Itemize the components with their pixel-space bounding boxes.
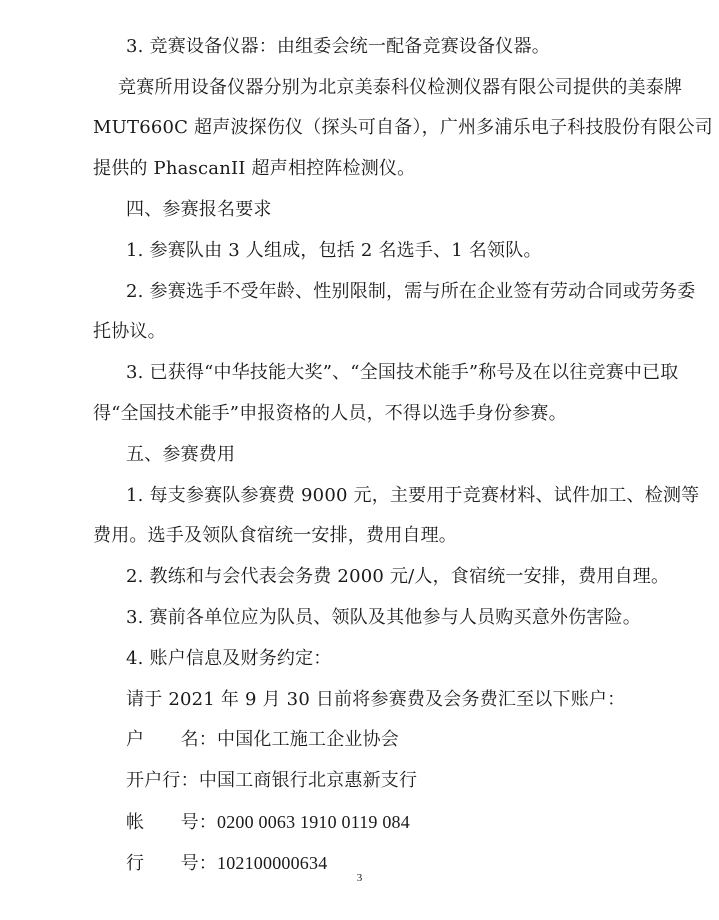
fees-item-2: 2. 教练和与会代表会务费 2000 元/人，食宿统一安排，费用自理。 bbox=[126, 566, 669, 588]
section-heading-registration: 四、参赛报名要求 bbox=[126, 199, 272, 221]
registration-item-1: 1. 参赛队由 3 人组成，包括 2 名选手、1 名领队。 bbox=[126, 240, 542, 262]
page-number: 3 bbox=[0, 872, 719, 884]
account-number-value: 0200 0063 1910 0119 084 bbox=[217, 812, 410, 832]
payment-deadline: 请于 2021 年 9 月 30 日前将参赛费及会务费汇至以下账户： bbox=[126, 689, 625, 711]
equipment-paragraph-line-1: 竞赛所用设备仪器分别为北京美泰科仪检测仪器有限公司提供的美泰牌 bbox=[118, 77, 682, 99]
bank-row: 开户行：中国工商银行北京惠新支行 bbox=[126, 770, 417, 792]
bank-number-label: 行 号： bbox=[126, 853, 217, 874]
account-name-row: 户 名：中国化工施工企业协会 bbox=[126, 729, 399, 751]
document-page: 3. 竞赛设备仪器：由组委会统一配备竞赛设备仪器。 竞赛所用设备仪器分别为北京美… bbox=[0, 0, 719, 920]
account-number-label: 帐 号： bbox=[126, 812, 217, 833]
bank-label: 开户行： bbox=[126, 770, 199, 791]
equipment-paragraph-line-2: MUT660C 超声波探伤仪（探头可自备），广州多浦乐电子科技股份有限公司 bbox=[93, 117, 713, 139]
registration-item-2-line-1: 2. 参赛选手不受年龄、性别限制，需与所在企业签有劳动合同或劳务委 bbox=[126, 281, 696, 303]
account-number-row: 帐 号：0200 0063 1910 0119 084 bbox=[126, 811, 410, 834]
fees-item-3: 3. 赛前各单位应为队员、领队及其他参与人员购买意外伤害险。 bbox=[126, 607, 641, 629]
equipment-paragraph-line-3: 提供的 PhascanII 超声相控阵检测仪。 bbox=[93, 158, 415, 180]
fees-item-4: 4. 账户信息及财务约定： bbox=[126, 648, 332, 670]
account-name-label: 户 名： bbox=[126, 729, 217, 750]
equipment-item-3: 3. 竞赛设备仪器：由组委会统一配备竞赛设备仪器。 bbox=[126, 36, 550, 58]
registration-item-3-line-1: 3. 已获得“中华技能大奖”、“全国技术能手”称号及在以往竞赛中已取 bbox=[126, 362, 679, 384]
section-heading-fees: 五、参赛费用 bbox=[126, 444, 235, 466]
registration-item-3-line-2: 得“全国技术能手”申报资格的人员，不得以选手身份参赛。 bbox=[93, 403, 567, 425]
bank-value: 中国工商银行北京惠新支行 bbox=[199, 770, 417, 791]
bank-number-value: 102100000634 bbox=[217, 853, 327, 873]
account-name-value: 中国化工施工企业协会 bbox=[217, 729, 399, 750]
registration-item-2-line-2: 托协议。 bbox=[93, 321, 166, 343]
fees-item-1-line-2: 费用。选手及领队食宿统一安排，费用自理。 bbox=[93, 525, 457, 547]
fees-item-1-line-1: 1. 每支参赛队参赛费 9000 元，主要用于竞赛材料、试件加工、检测等 bbox=[126, 485, 699, 507]
